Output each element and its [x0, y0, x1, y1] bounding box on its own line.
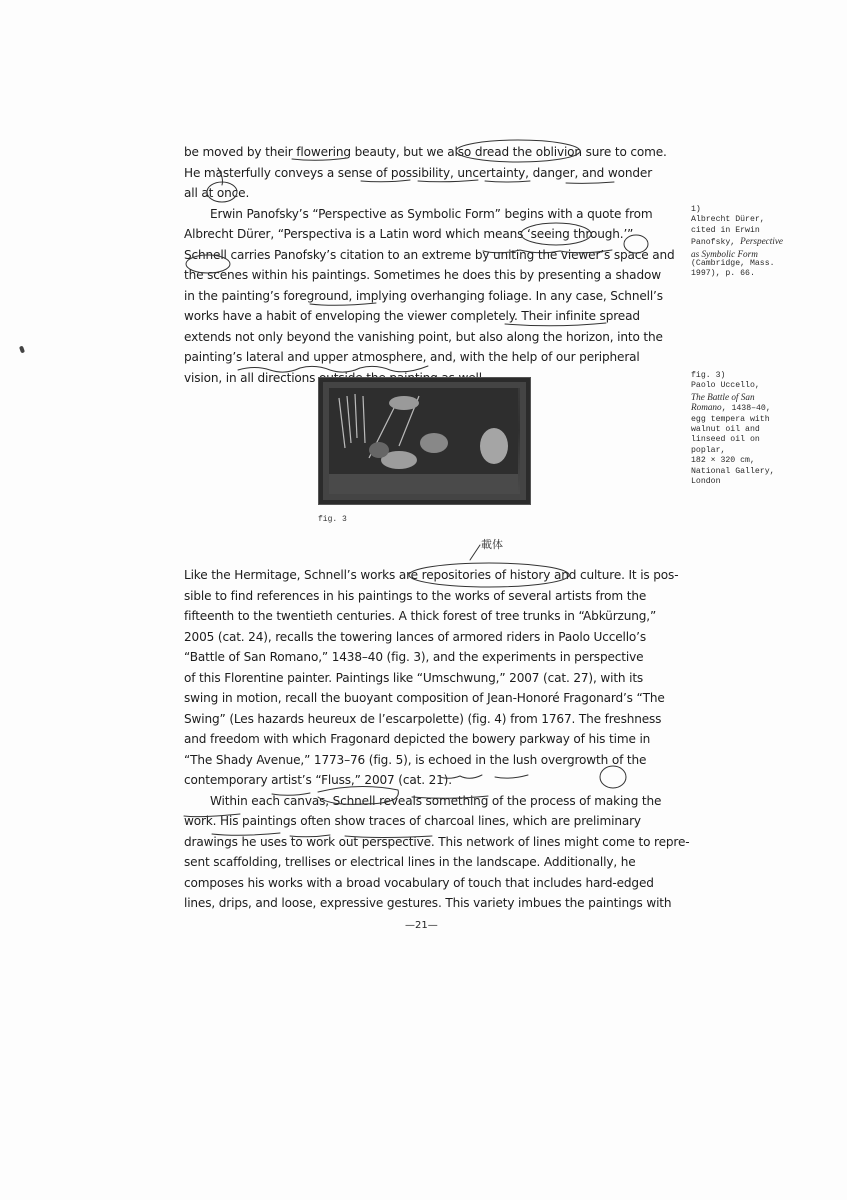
text-line: composes his works with a broad vocabula…	[184, 873, 664, 894]
sidenote-line: linseed oil on	[691, 435, 811, 445]
text-line: and freedom with which Fragonard depicte…	[184, 729, 664, 750]
sidenote-line: cited in Erwin	[691, 226, 811, 236]
sidenote-line: walnut oil and	[691, 425, 811, 435]
sidenote-line: National Gallery,	[691, 467, 811, 477]
text-line: Like the Hermitage, Schnell’s works are …	[184, 565, 664, 586]
painting-image	[323, 382, 526, 500]
handwritten-note: 載体	[481, 537, 503, 551]
text-line: “Battle of San Romano,” 1438–40 (fig. 3)…	[184, 647, 664, 668]
sidenote-line: Panofsky,	[691, 238, 740, 247]
text-line: lines, drips, and loose, expressive gest…	[184, 893, 664, 914]
sidenote-line: (Cambridge, Mass.	[691, 259, 811, 269]
text-line: “The Shady Avenue,” 1773–76 (fig. 5), is…	[184, 750, 664, 771]
text-line: sible to find references in his painting…	[184, 586, 664, 607]
sidenote-marker: fig. 3)	[691, 371, 811, 381]
sidenote-line: Paolo Uccello,	[691, 381, 811, 391]
page-number: —21—	[405, 920, 438, 931]
text-line: fifteenth to the twentieth centuries. A …	[184, 606, 664, 627]
paragraph-block-2: Like the Hermitage, Schnell’s works are …	[184, 565, 664, 914]
text-line: Erwin Panofsky’s “Perspective as Symboli…	[184, 204, 664, 225]
text-line: the scenes within his paintings. Sometim…	[184, 265, 664, 286]
figure-painting	[318, 377, 531, 505]
sidenote-line: London	[691, 477, 811, 487]
painting-icon	[329, 388, 518, 492]
text-line: He masterfully conveys a sense of possib…	[184, 163, 664, 184]
sidenote-1: 1) Albrecht Dürer, cited in Erwin Panofs…	[691, 205, 811, 280]
sidenote-title: Romano	[691, 402, 722, 412]
document-page: be moved by their flowering beauty, but …	[0, 0, 847, 1200]
text-line: Swing” (Les hazards heureux de l’escarpo…	[184, 709, 664, 730]
text-line: be moved by their flowering beauty, but …	[184, 142, 664, 163]
sidenote-line: , 1438–40,	[722, 404, 771, 413]
sidenote-marker: 1)	[691, 205, 811, 215]
sidenote-title: as Symbolic Form	[691, 249, 811, 259]
text-line: in the painting’s foreground, implying o…	[184, 286, 664, 307]
sidenote-title: The Battle of San	[691, 392, 811, 402]
sidenote-line: egg tempera with	[691, 415, 811, 425]
text-line: Albrecht Dürer, “Perspectiva is a Latin …	[184, 224, 664, 245]
sidenote-fig3: fig. 3) Paolo Uccello, The Battle of San…	[691, 371, 811, 487]
paragraph-block-1: be moved by their flowering beauty, but …	[184, 142, 664, 388]
sidenote-title: Perspective	[740, 236, 783, 246]
text-line: painting’s lateral and upper atmosphere,…	[184, 347, 664, 368]
sidenote-line: poplar,	[691, 446, 811, 456]
text-line: 2005 (cat. 24), recalls the towering lan…	[184, 627, 664, 648]
ink-speck	[19, 346, 25, 354]
text-line: sent scaffolding, trellises or electrica…	[184, 852, 664, 873]
text-line: drawings he uses to work out perspective…	[184, 832, 664, 853]
text-line: work. His paintings often show traces of…	[184, 811, 664, 832]
text-line: Within each canvas, Schnell reveals some…	[184, 791, 664, 812]
text-line: works have a habit of enveloping the vie…	[184, 306, 664, 327]
text-line: Schnell carries Panofsky’s citation to a…	[184, 245, 664, 266]
text-line: swing in motion, recall the buoyant comp…	[184, 688, 664, 709]
text-line: all at once.	[184, 183, 664, 204]
text-line: contemporary artist’s “Fluss,” 2007 (cat…	[184, 770, 664, 791]
sidenote-line: Albrecht Dürer,	[691, 215, 811, 225]
figure-caption: fig. 3	[318, 515, 347, 524]
sidenote-line: 1997), p. 66.	[691, 269, 811, 279]
text-line: extends not only beyond the vanishing po…	[184, 327, 664, 348]
sidenote-line: 182 × 320 cm,	[691, 456, 811, 466]
text-line: of this Florentine painter. Paintings li…	[184, 668, 664, 689]
